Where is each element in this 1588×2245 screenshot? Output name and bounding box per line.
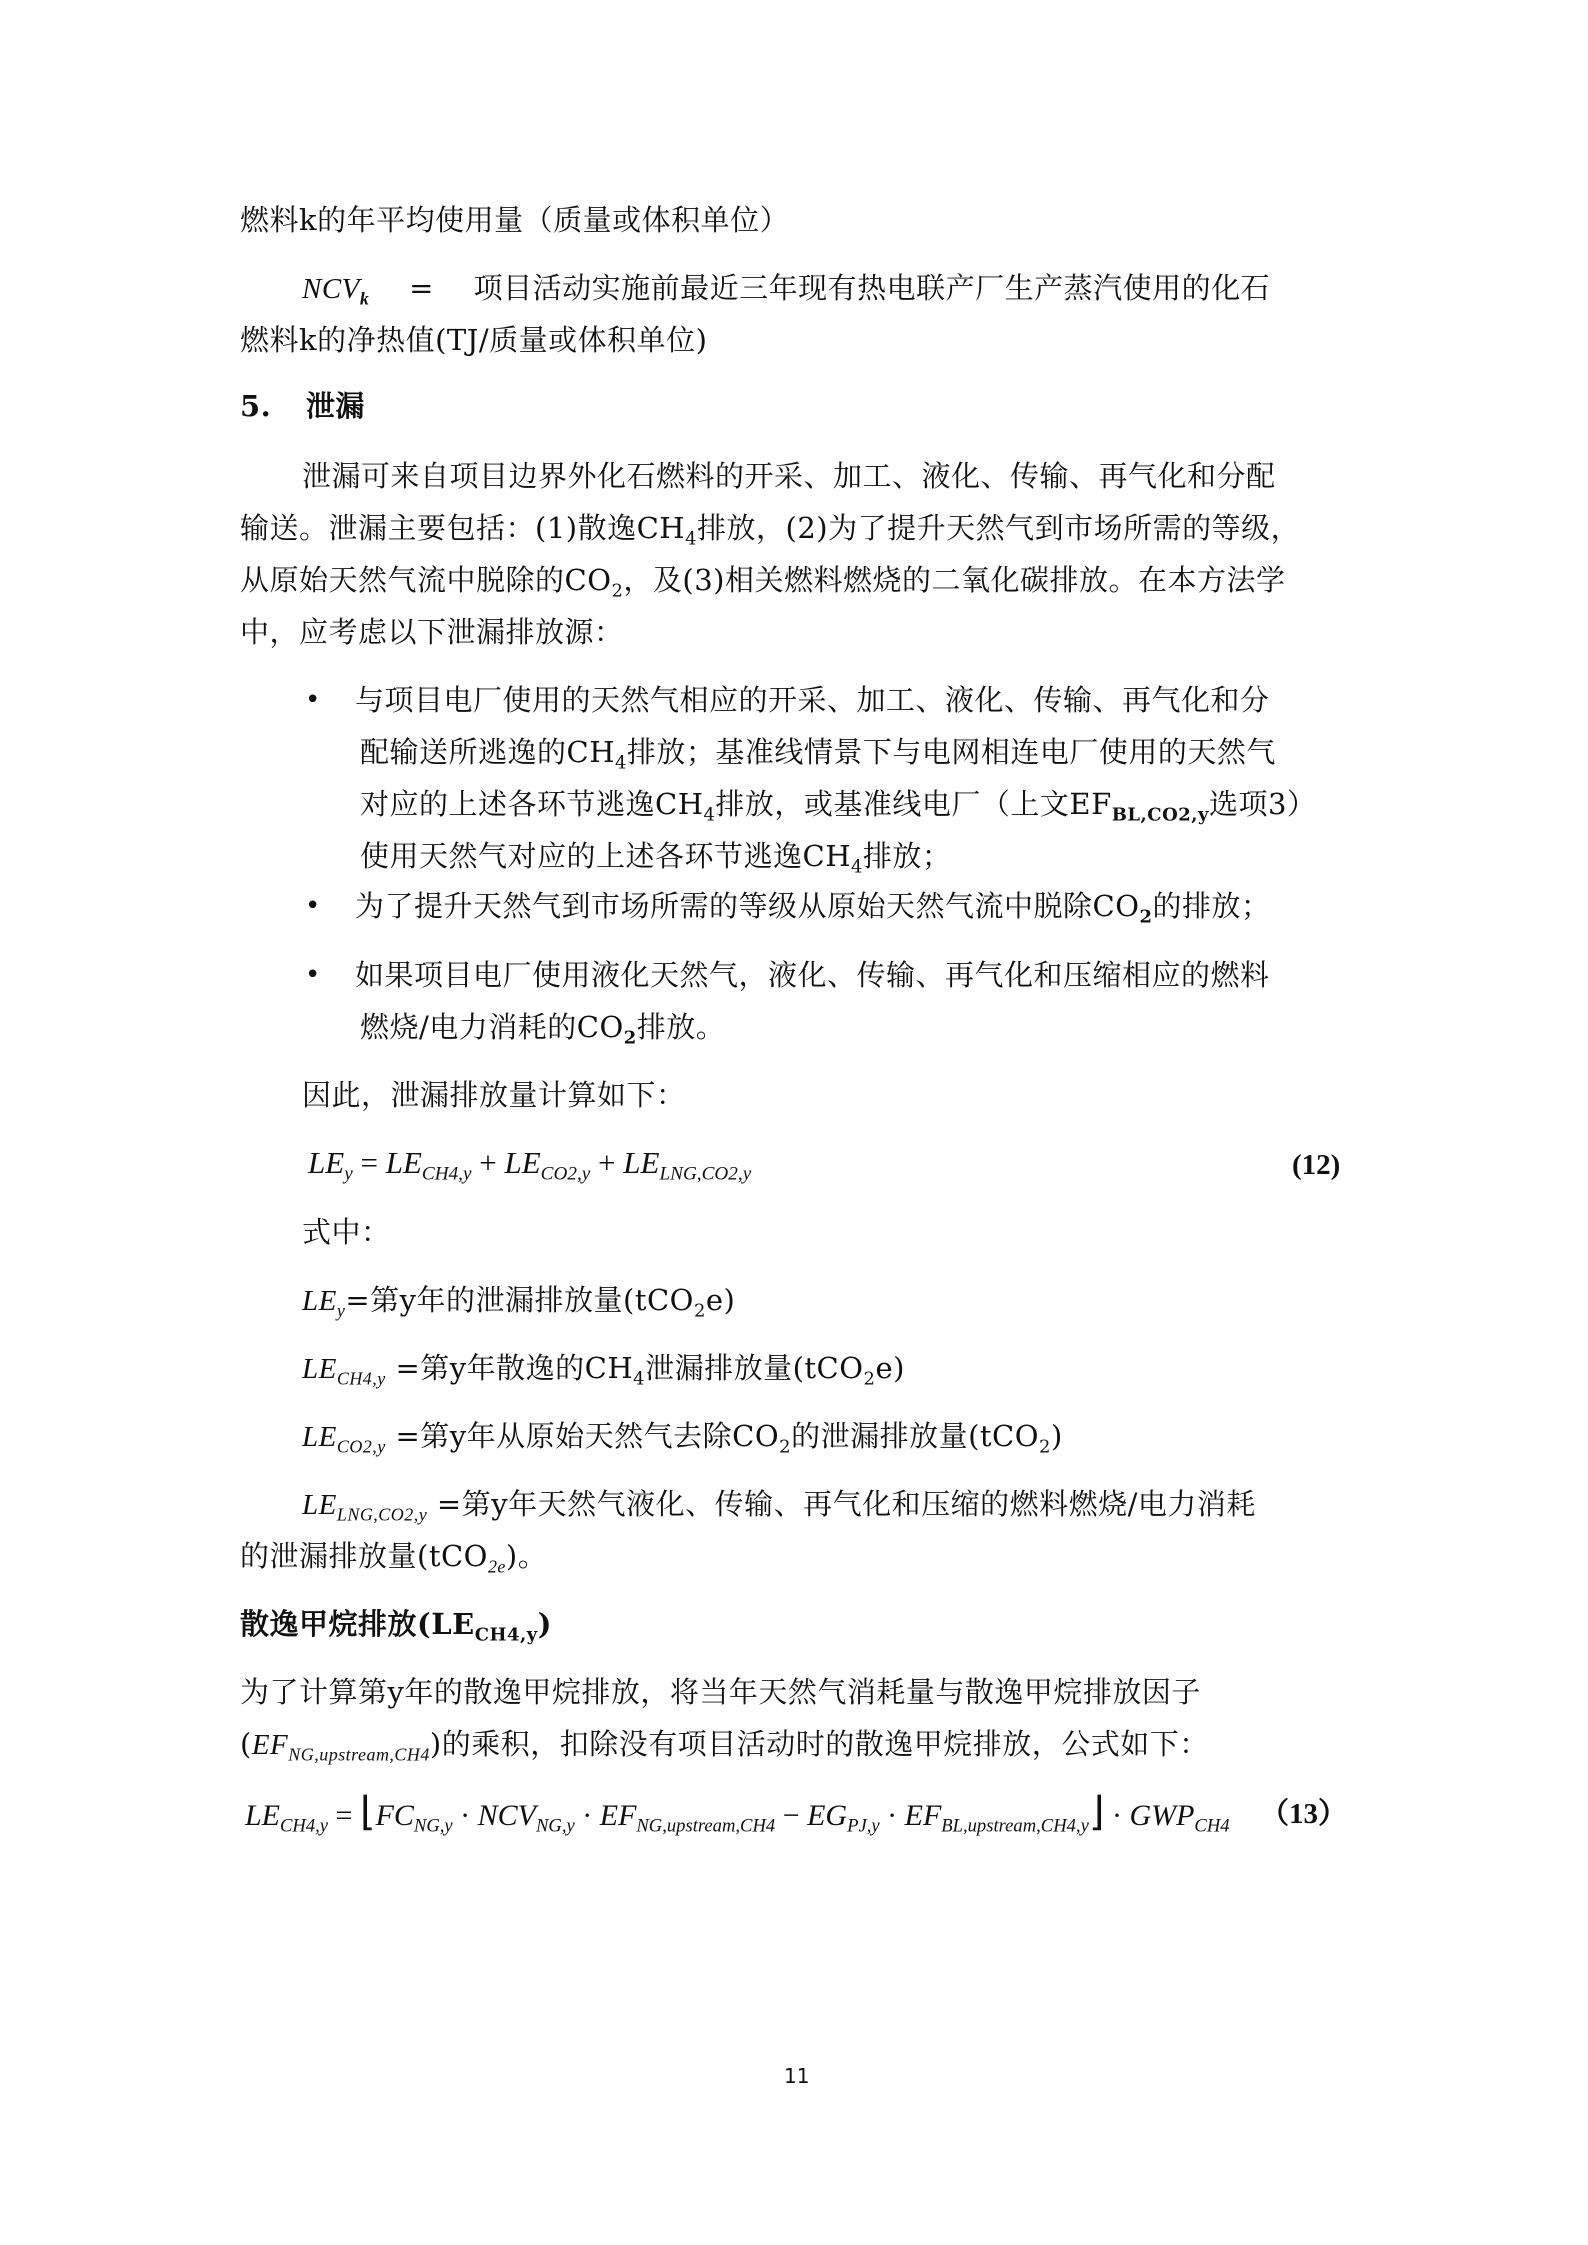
section-title: 泄漏 <box>306 389 365 423</box>
section-number: 5. <box>240 389 271 423</box>
bullet-1-line4: 使用天然气对应的上述各环节逃逸CH4排放； <box>360 836 951 876</box>
ncv-symbol: NCVk <box>302 273 369 305</box>
equation-number-12: (12) <box>1292 1145 1340 1185</box>
leakage-para-line2: 输送。泄漏主要包括：(1)散逸CH4排放，(2)为了提升天然气到市场所需的等级， <box>240 508 1300 548</box>
bullet-3-line1: 如果项目电厂使用液化天然气，液化、传输、再气化和压缩相应的燃料 <box>355 955 1270 995</box>
equation-number-13: （13） <box>1260 1794 1347 1834</box>
bullet-icon: • <box>305 955 320 995</box>
ncv-definition-line2: 燃料k的净热值(TJ/质量或体积单位) <box>240 320 707 360</box>
bullet-2-line1: 为了提升天然气到市场所需的等级从原始天然气流中脱除CO2的排放； <box>355 886 1271 926</box>
fuel-usage-continuation: 燃料k的年平均使用量（质量或体积单位） <box>240 200 789 240</box>
fugitive-para-line2: (EFNG,upstream,CH4)的乘积，扣除没有项目活动时的散逸甲烷排放，… <box>240 1724 1209 1765</box>
bullet-3-line2: 燃烧/电力消耗的CO2排放。 <box>360 1007 725 1047</box>
leakage-para-line4: 中，应考虑以下泄漏排放源： <box>240 612 624 652</box>
definition-le-lng-line1: LELNG,CO2,y =第y年天然气液化、传输、再气化和压缩的燃料燃烧/电力消… <box>302 1484 1256 1525</box>
where-label: 式中： <box>302 1212 391 1252</box>
page-number: 11 <box>784 2064 809 2088</box>
subsection-heading-fugitive-methane: 散逸甲烷排放(LECH4,y) <box>240 1604 552 1644</box>
bullet-icon: • <box>305 886 320 926</box>
bullet-icon: • <box>305 680 320 720</box>
definition-le-co2: LECO2,y =第y年从原始天然气去除CO2的泄漏排放量(tCO2) <box>302 1416 1063 1457</box>
leakage-para-line3: 从原始天然气流中脱除的CO2，及(3)相关燃料燃烧的二氧化碳排放。在本方法学 <box>240 560 1286 600</box>
section-heading-leakage: 5. 泄漏 <box>240 386 365 426</box>
fugitive-para-line1: 为了计算第y年的散逸甲烷排放，将当年天然气消耗量与散逸甲烷排放因子 <box>240 1672 1201 1712</box>
equation-12: LEy = LECH4,y + LECO2,y + LELNG,CO2,y <box>308 1143 751 1183</box>
definition-le-y: LEy=第y年的泄漏排放量(tCO2e) <box>302 1280 735 1321</box>
equation-13: LECH4,y = ⌊FCNG,y · NCVNG,y · EFNG,upstr… <box>245 1792 1230 1836</box>
definition-le-ch4: LECH4,y =第y年散逸的CH4泄漏排放量(tCO2e) <box>302 1348 905 1389</box>
leakage-para-line1: 泄漏可来自项目边界外化石燃料的开采、加工、液化、传输、再气化和分配 <box>302 456 1276 496</box>
ncv-definition-line1: NCVk = 项目活动实施前最近三年现有热电联产厂生产蒸汽使用的化石 <box>302 268 1270 309</box>
bullet-1-line2: 配输送所逃逸的CH4排放；基准线情景下与电网相连电厂使用的天然气 <box>360 732 1276 772</box>
definition-le-lng-line2: 的泄漏排放量(tCO2e)。 <box>240 1536 547 1576</box>
equals-sign: = <box>409 271 434 305</box>
therefore-text: 因此，泄漏排放量计算如下： <box>302 1075 686 1115</box>
bullet-1-line1: 与项目电厂使用的天然气相应的开采、加工、液化、传输、再气化和分 <box>355 680 1270 720</box>
bullet-1-line3: 对应的上述各环节逃逸CH4排放，或基准线电厂（上文EFBL,CO2,y选项3） <box>360 784 1316 824</box>
ncv-definition-text: 项目活动实施前最近三年现有热电联产厂生产蒸汽使用的化石 <box>474 271 1271 305</box>
